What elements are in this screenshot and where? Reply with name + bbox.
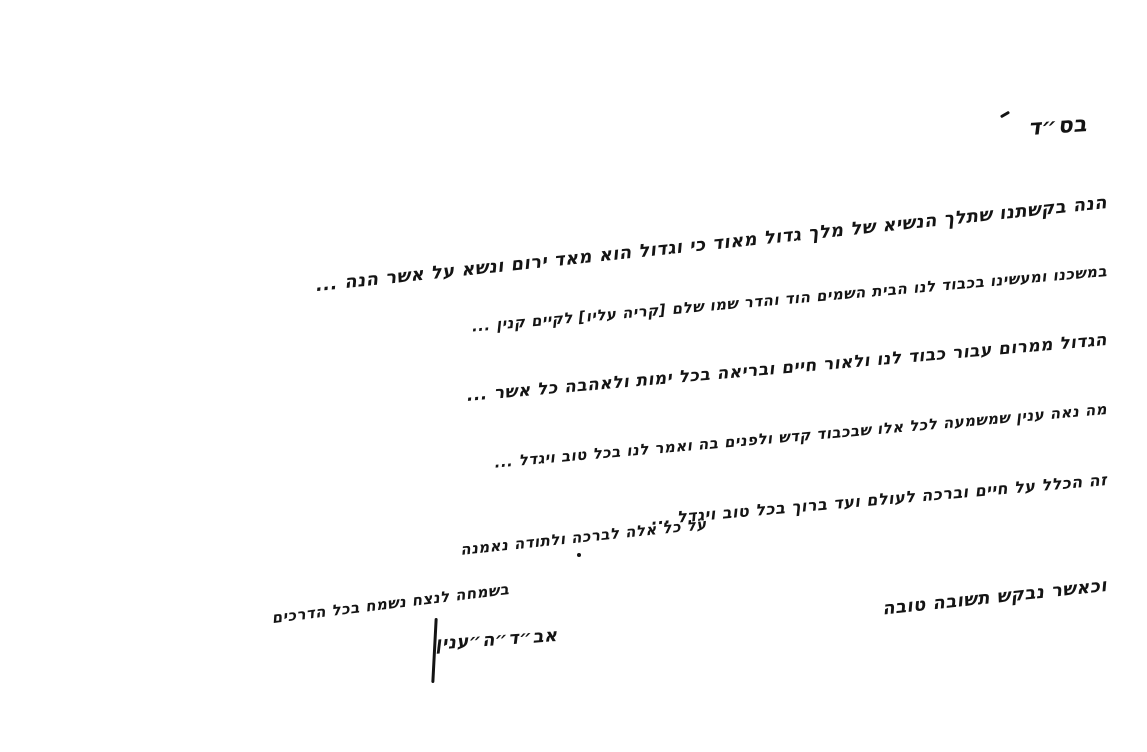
- signature: אב״ד״ה״ענין: [435, 625, 559, 654]
- closing-blessing: בשמחה לנצח נשמח בכל הדרכים: [271, 580, 511, 627]
- ink-mark: [1000, 111, 1010, 119]
- ink-dot: [577, 553, 581, 557]
- letter-page: בס״ד הנה בקשתנו שתלך הנשיא של מלך גדול מ…: [0, 0, 1147, 752]
- closing-line: וכאשר נבקש תשובה טובה: [881, 575, 1108, 620]
- letter-line-1: הנה בקשתנו שתלך הנשיא של מלך גדול מאוד כ…: [91, 192, 1108, 320]
- letter-header: בס״ד: [1027, 112, 1088, 141]
